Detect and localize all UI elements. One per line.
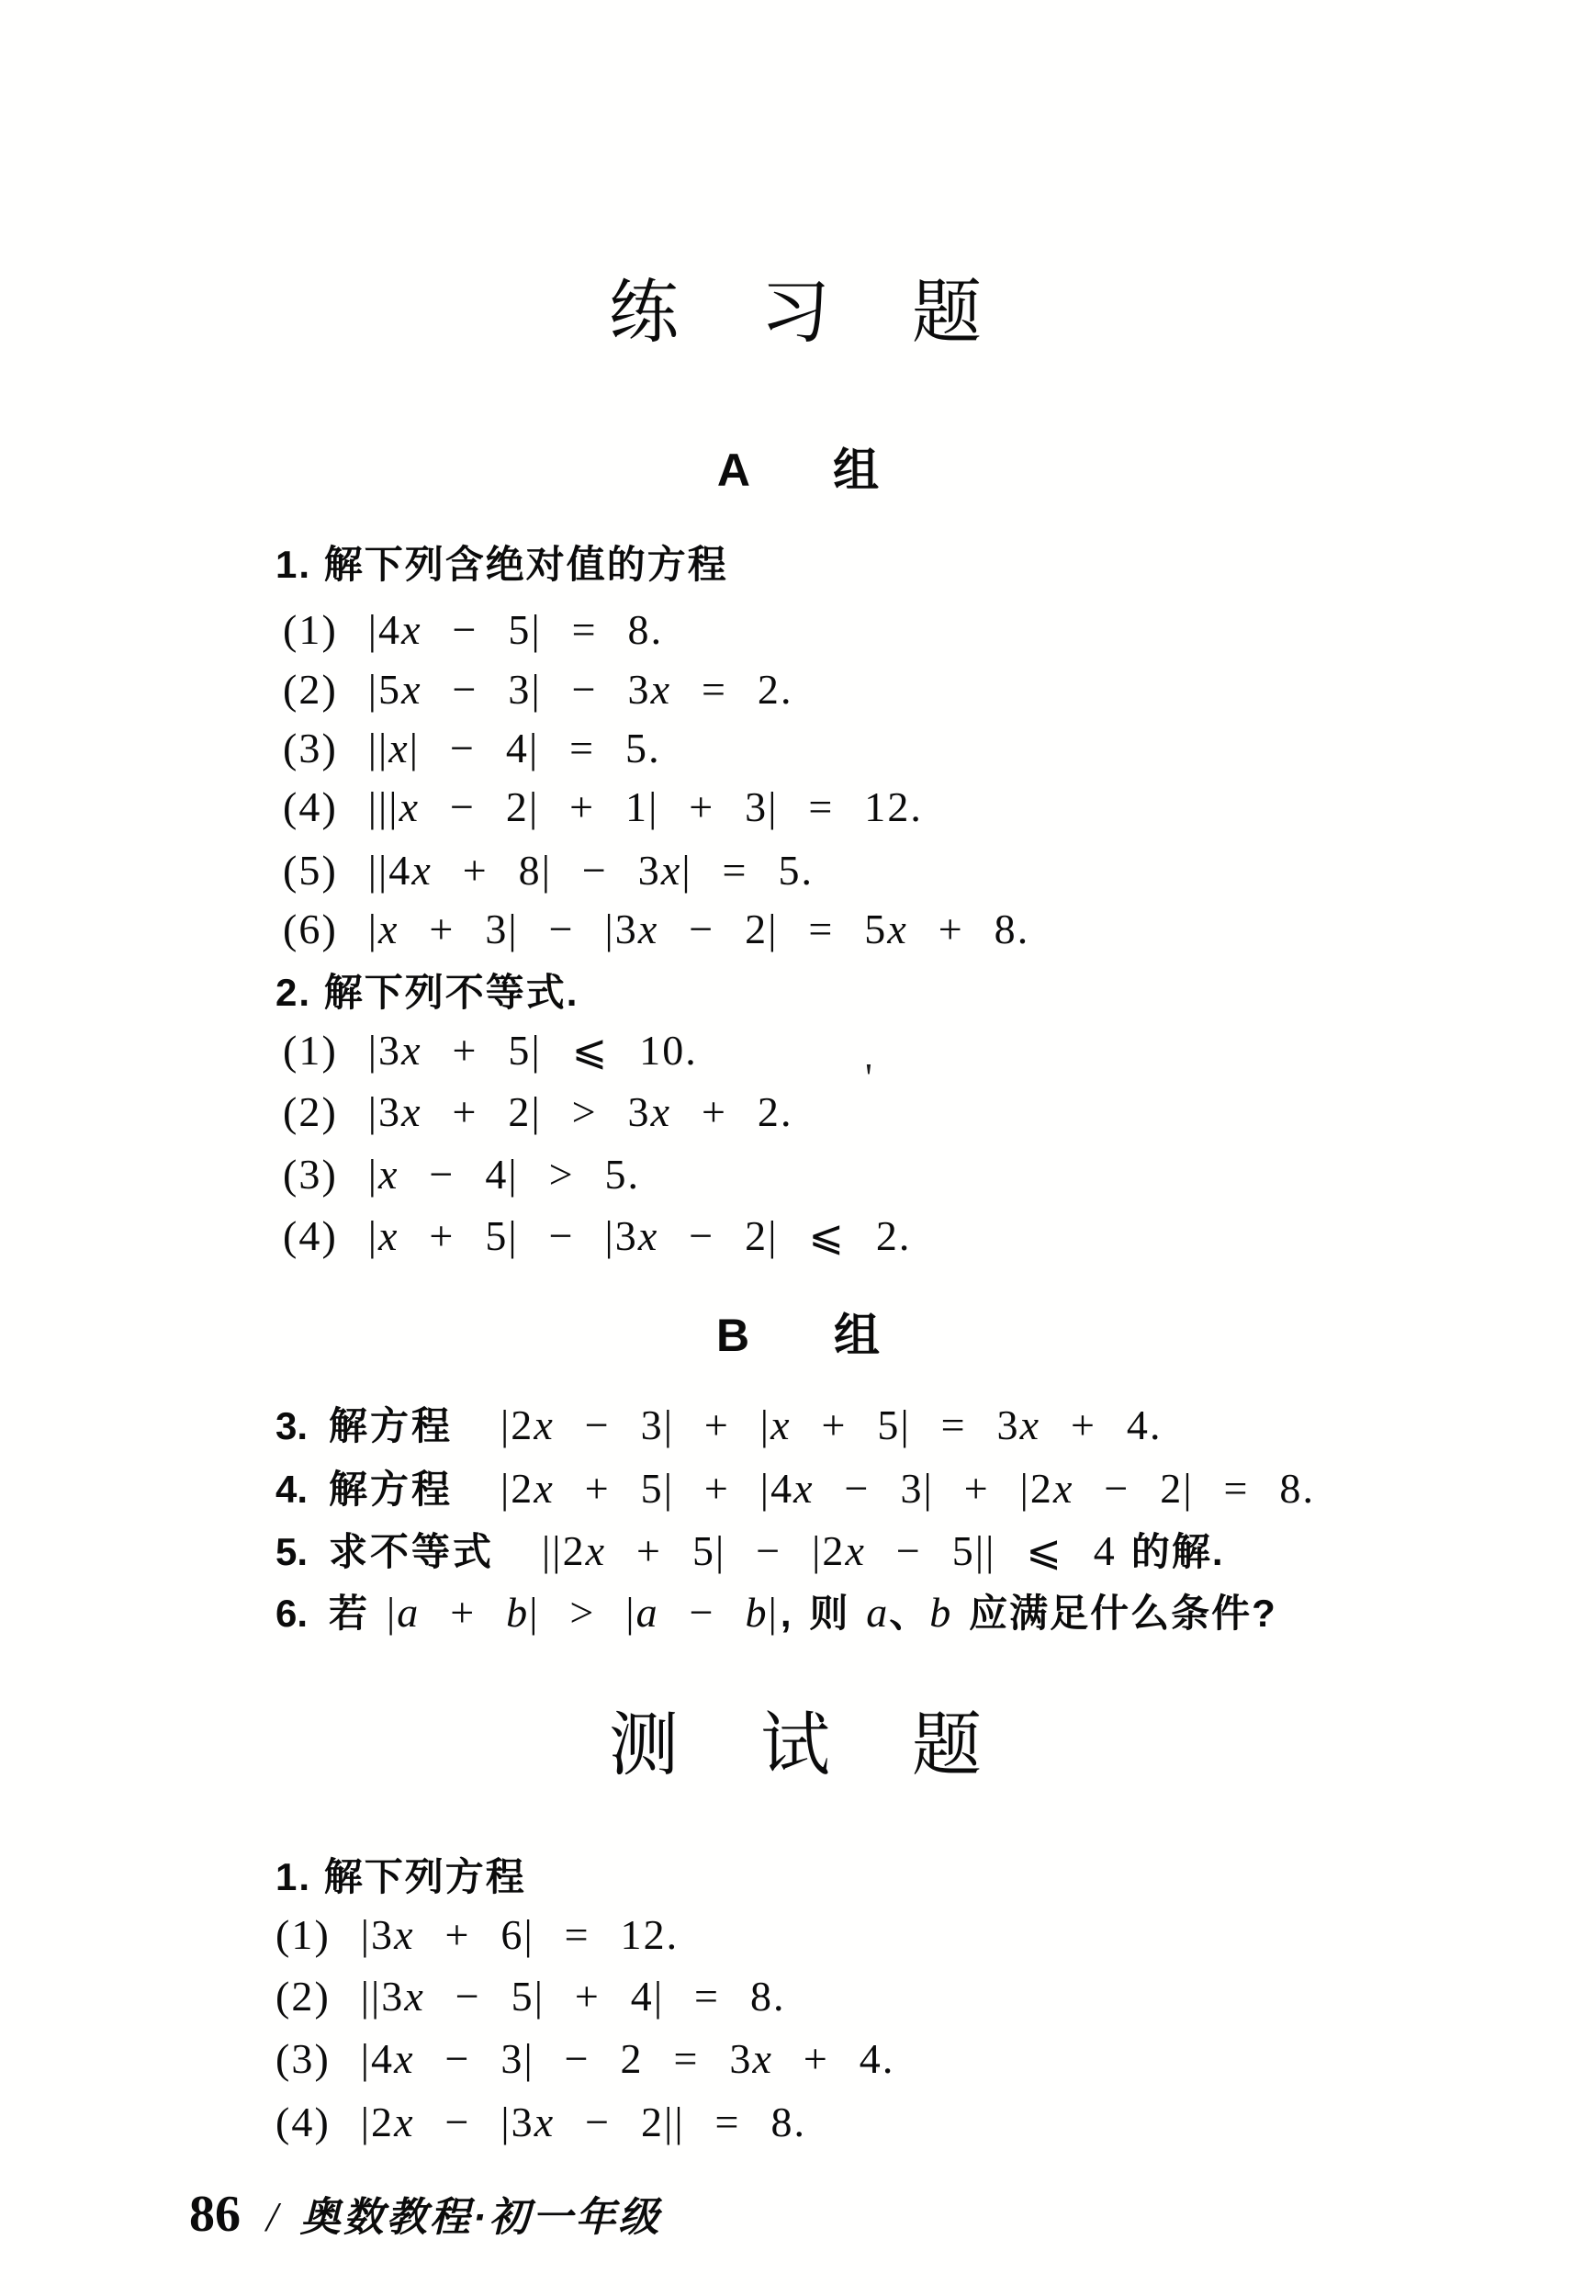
problem-label: 若 [329,1592,370,1635]
problem-label: 解方程 [329,1404,453,1447]
problem-row-5: 5.求不等式||2x + 5| − |2x − 5|| ⩽ 4的解. [275,1529,1225,1573]
problem-number: 5. [275,1532,329,1572]
problem-number: 4. [275,1469,329,1510]
footer-separator: / [266,2193,278,2240]
scanned-textbook-page: 练 习 题 A 组 1. 解下列含绝对值的方程 (1) |4x − 5| = 8… [0,0,1596,2296]
equation-line-a1-1: (1) |4x − 5| = 8. [283,608,663,652]
equation-line-t1-2: (2) ||3x − 5| + 4| = 8. [275,1975,786,2019]
problem-number: 6. [275,1593,329,1634]
problem-suffix: 的解. [1131,1530,1225,1573]
equation-line-a2-1: (1) |3x + 5| ⩽ 10. [283,1029,698,1073]
page-footer: 86/奥数教程·初一年级 [189,2184,661,2244]
equation-line-a1-6: (6) |x + 3| − |3x − 2| = 5x + 8. [283,907,1029,951]
problem-equation: |2x − 3| + |x + 5| = 3x + 4. [500,1401,1163,1448]
equation-line-a1-4: (4) |||x − 2| + 1| + 3| = 12. [283,785,923,829]
equation-line-a2-3: (3) |x − 4| > 5. [283,1153,640,1197]
book-title: 奥数教程·初一年级 [300,2195,662,2240]
page-number: 86 [189,2186,241,2243]
group-a-header: A 组 [0,446,1596,495]
equation-line-a1-5: (5) ||4x + 8| − 3x| = 5. [283,849,814,893]
equation-line-t1-1: (1) |3x + 6| = 12. [275,1913,679,1957]
problem-number: 3. [275,1406,329,1446]
equation-line-t1-4: (4) |2x − |3x − 2|| = 8. [275,2100,806,2144]
problem-1-heading: 1. 解下列含绝对值的方程 [275,544,728,586]
exercises-title: 练 习 题 [0,277,1596,351]
problem-equation: |2x + 5| + |4x − 3| + |2x − 2| = 8. [500,1465,1315,1512]
test-title: 测 试 题 [0,1710,1596,1784]
equation-line-a2-4: (4) |x + 5| − |3x − 2| ⩽ 2. [283,1214,912,1258]
problem-label: 解方程 [329,1468,453,1511]
equation-line-t1-3: (3) |4x − 3| − 2 = 3x + 4. [275,2037,894,2081]
scan-artifact-mark: ' [865,1054,872,1101]
equation-line-a2-2: (2) |3x + 2| > 3x + 2. [283,1090,793,1134]
problem-row-3: 3.解方程|2x − 3| + |x + 5| = 3x + 4. [275,1403,1177,1447]
problem-equation: ||2x + 5| − |2x − 5|| ⩽ 4 [542,1527,1117,1574]
problem-suffix: , 则 a、b 应满足什么条件? [781,1592,1277,1635]
problem-row-4: 4.解方程|2x + 5| + |4x − 3| + |2x − 2| = 8. [275,1467,1330,1511]
problem-row-6: 6.若|a + b| > |a − b|, 则 a、b 应满足什么条件? [275,1591,1277,1635]
group-b-header: B 组 [0,1311,1596,1360]
equation-line-a1-3: (3) ||x| − 4| = 5. [283,726,661,771]
problem-2-heading: 2. 解下列不等式. [275,972,579,1014]
problem-equation: |a + b| > |a − b| [387,1589,779,1636]
equation-line-a1-2: (2) |5x − 3| − 3x = 2. [283,668,793,712]
problem-label: 求不等式 [329,1530,494,1573]
test-problem-1-heading: 1. 解下列方程 [275,1856,526,1898]
